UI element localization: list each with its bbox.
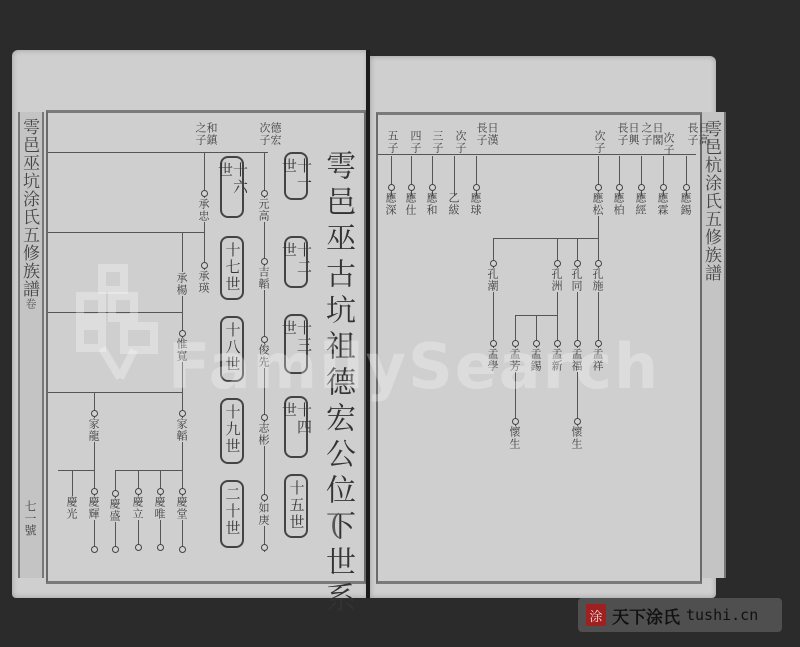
- logo-name-cn: 天下涂氏: [612, 603, 680, 628]
- node-dot: [261, 494, 268, 501]
- person-qing-hui: 慶輝: [88, 496, 99, 520]
- person-jia-long: 家龍: [88, 418, 99, 442]
- person-kong-tong: 孔同: [571, 268, 582, 292]
- node-dot: [135, 488, 142, 495]
- node-dot: [554, 260, 561, 267]
- familysearch-watermark: FamilySearch: [168, 330, 660, 403]
- node-dot: [512, 418, 519, 425]
- node-dot: [638, 184, 645, 191]
- node-dot: [135, 544, 142, 551]
- node-dot: [595, 260, 602, 267]
- header-second-son-a: 次子: [663, 132, 674, 156]
- title-bracket: (: [330, 508, 341, 541]
- node-dot: [388, 184, 395, 191]
- generation-box-16: 十六世: [220, 156, 244, 218]
- generation-box-17: 十七世: [220, 236, 244, 300]
- person-ying-shen: 應深: [385, 192, 396, 216]
- right-header-divider: [378, 154, 696, 155]
- book-spine: [366, 50, 370, 598]
- header-rixing-first-son: 日興長子: [613, 122, 639, 152]
- person-yi-fu: 乙紱: [448, 192, 459, 216]
- node-dot: [574, 418, 581, 425]
- logo-domain: tushi.cn: [686, 606, 758, 624]
- header-second-son-b: 次子: [594, 130, 605, 154]
- node-dot: [261, 544, 268, 551]
- person-qing-tang: 慶堂: [176, 496, 187, 520]
- familysearch-logo-icon: [72, 262, 162, 382]
- node-dot: [595, 184, 602, 191]
- node-dot: [112, 490, 119, 497]
- node-dot: [179, 488, 186, 495]
- header-fifth-son: 五子: [387, 130, 398, 154]
- person-kong-chao: 孔潮: [487, 268, 498, 292]
- header-fourth-son: 四子: [410, 130, 421, 154]
- person-ying-bai: 應柏: [613, 192, 624, 216]
- node-dot: [261, 414, 268, 421]
- left-header-divider: [48, 152, 268, 153]
- node-dot: [201, 262, 208, 269]
- header-hezhen-son: 和鎮之子: [193, 122, 217, 150]
- person-jia-tao: 家韜: [176, 418, 187, 442]
- person-qing-guang: 慶光: [66, 496, 77, 520]
- tree-line: [493, 238, 598, 239]
- node-dot: [574, 260, 581, 267]
- person-cheng-yang: 承楊: [176, 272, 187, 296]
- node-dot: [179, 410, 186, 417]
- person-qing-sheng: 慶盛: [109, 498, 120, 522]
- header-rihan-first-son: 日漢長子: [472, 122, 498, 152]
- node-dot: [91, 410, 98, 417]
- seal-icon: 涂: [586, 604, 606, 626]
- node-dot: [490, 260, 497, 267]
- person-kong-zhou: 孔洲: [551, 268, 562, 292]
- person-ying-xi: 應錫: [680, 192, 691, 216]
- node-dot: [683, 184, 690, 191]
- person-cheng-zhong: 承忠: [198, 198, 209, 222]
- person-ru-geng: 如庚: [258, 502, 269, 526]
- person-ying-song: 應松: [592, 192, 603, 216]
- person-cheng-ying: 承瑛: [198, 270, 209, 294]
- tree-line: [48, 232, 204, 233]
- node-dot: [616, 184, 623, 191]
- header-third-son: 三子: [432, 130, 443, 154]
- tree-line: [454, 156, 455, 196]
- header-dehong-second-son: 德宏次子: [257, 122, 281, 150]
- node-dot: [157, 488, 164, 495]
- node-dot: [261, 190, 268, 197]
- person-yuan-gao: 元高: [258, 198, 269, 222]
- person-huai-sheng-b: 懷生: [509, 426, 520, 450]
- person-qing-wei: 慶唯: [154, 496, 165, 520]
- person-huai-sheng-a: 懷生: [571, 426, 582, 450]
- person-ying-jing: 應經: [635, 192, 646, 216]
- tree-line: [58, 470, 94, 471]
- left-spine-volume: 卷: [25, 298, 36, 309]
- header-second-son-c: 次子: [455, 130, 466, 154]
- generation-box-19: 十九世: [220, 398, 244, 464]
- generation-box-11: 十一世: [284, 152, 308, 200]
- person-ji-tao: 吉韜: [258, 266, 269, 290]
- person-ying-lin: 應霖: [657, 192, 668, 216]
- left-spine-title: 雩邑巫坑涂氏五修族譜: [20, 118, 37, 298]
- person-zhi-bin: 志彬: [258, 422, 269, 446]
- tree-line: [48, 392, 182, 393]
- tushi-logo[interactable]: 涂 天下涂氏 tushi.cn: [578, 598, 782, 632]
- node-dot: [408, 184, 415, 191]
- node-dot: [91, 546, 98, 553]
- node-dot: [201, 190, 208, 197]
- node-dot: [179, 546, 186, 553]
- node-dot: [473, 184, 480, 191]
- left-page-number: 七一號: [24, 500, 36, 536]
- node-dot: [157, 544, 164, 551]
- node-dot: [91, 488, 98, 495]
- node-dot: [660, 184, 667, 191]
- tree-line: [115, 470, 183, 471]
- generation-box-14: 十四世: [284, 396, 308, 458]
- generation-box-15: 十五世: [284, 474, 308, 538]
- node-dot: [112, 546, 119, 553]
- person-kong-shi: 孔施: [592, 268, 603, 292]
- person-qing-li: 慶立: [132, 496, 143, 520]
- person-ying-he: 應和: [426, 192, 437, 216]
- generation-box-20: 二十世: [220, 480, 244, 548]
- node-dot: [429, 184, 436, 191]
- header-rigao-first-son: 日高長子: [683, 122, 709, 152]
- person-ying-shi: 應仕: [405, 192, 416, 216]
- person-ying-qiu: 應球: [470, 192, 481, 216]
- node-dot: [261, 258, 268, 265]
- generation-box-12: 十二世: [284, 236, 308, 288]
- header-rige-son: 日閣之子: [637, 122, 663, 152]
